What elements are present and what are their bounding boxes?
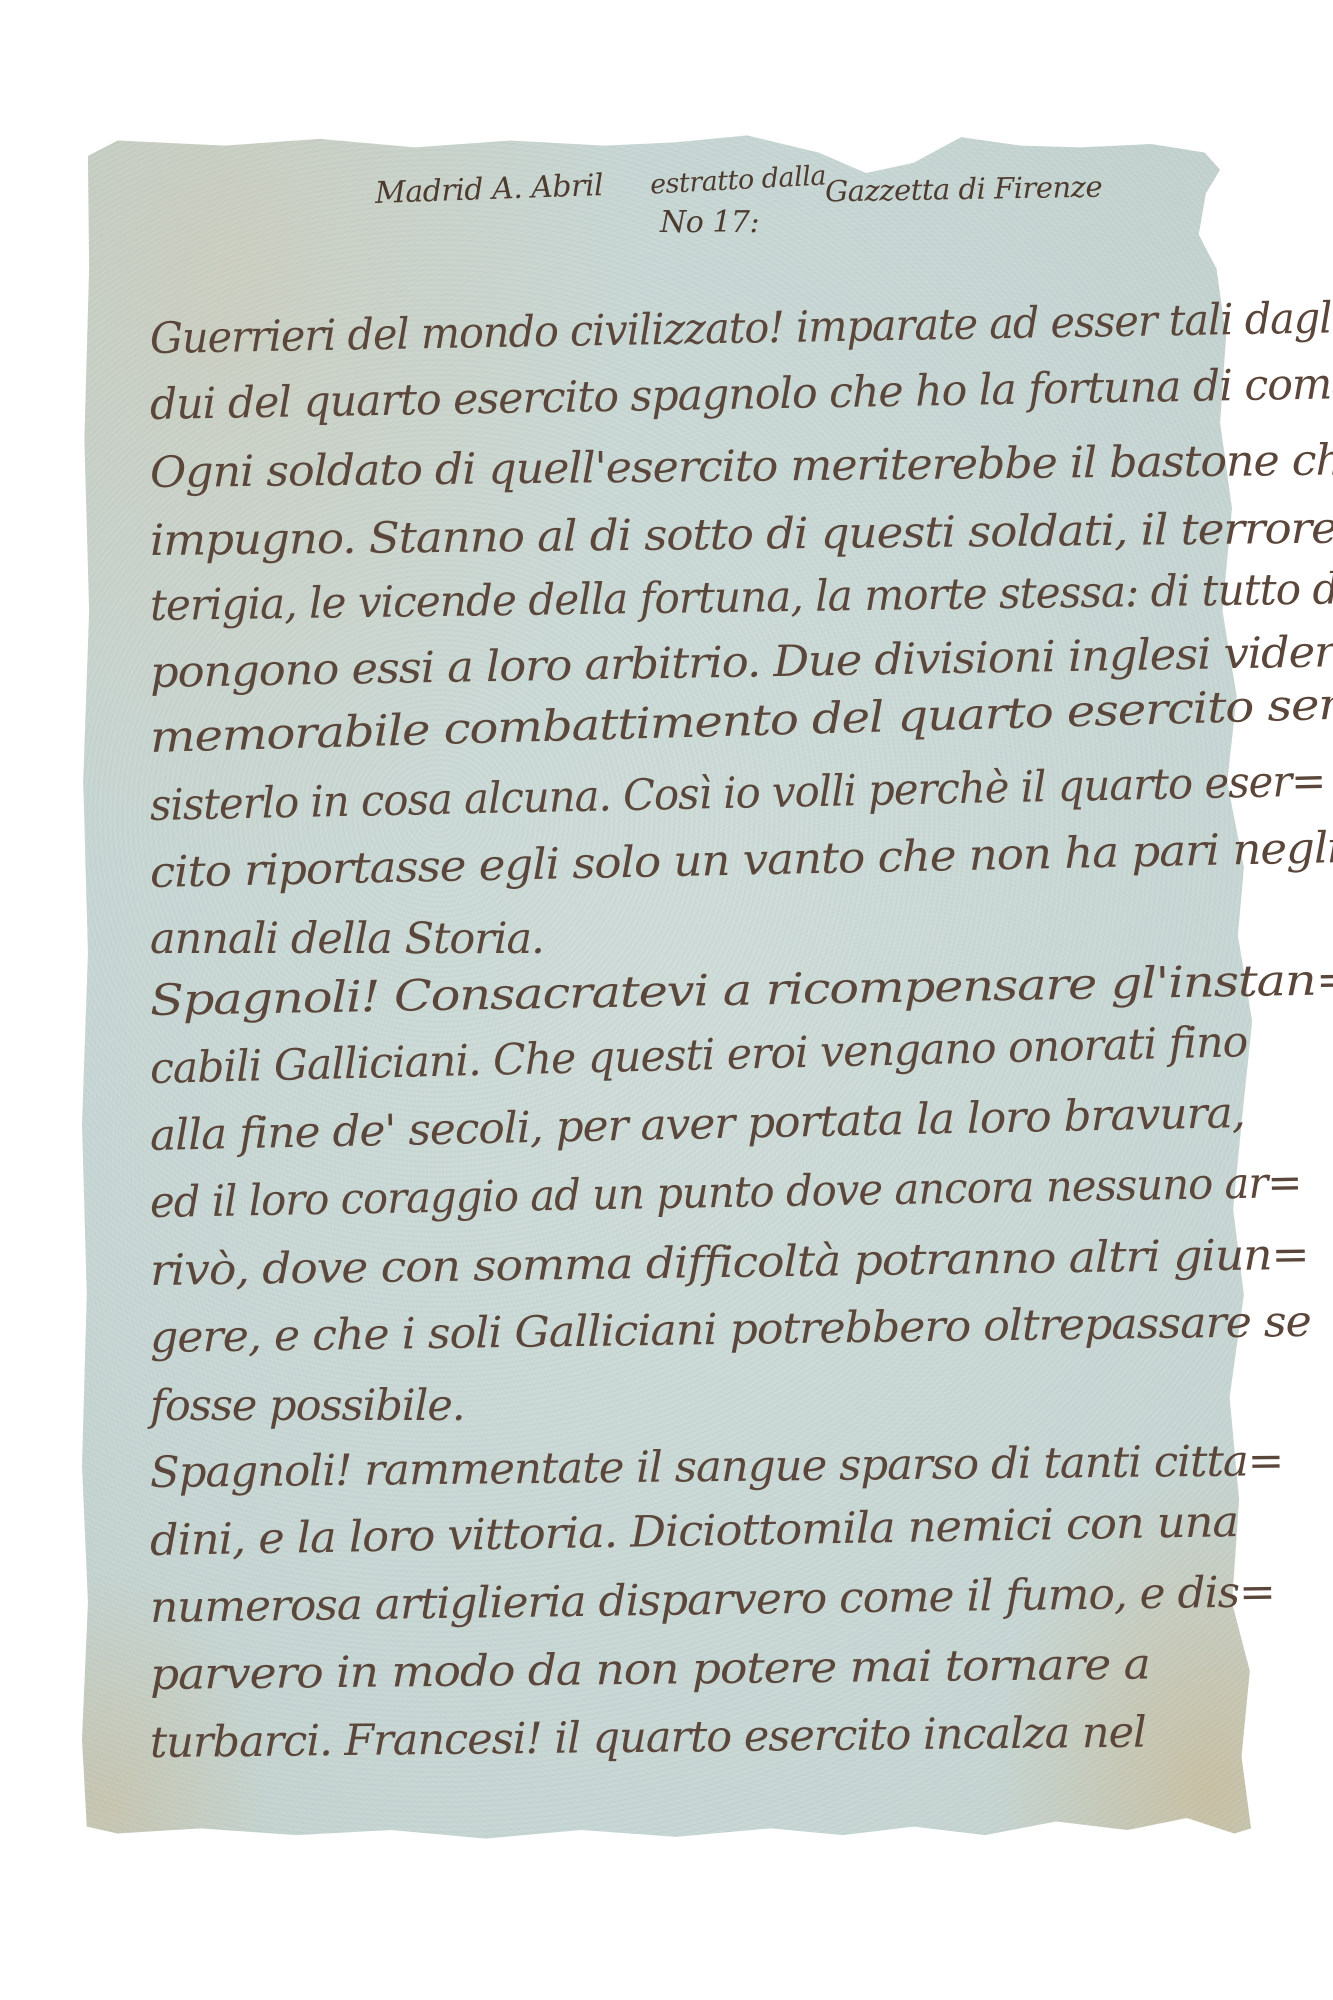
header-source-number: No 17: (660, 205, 759, 240)
text-line: turbarci. Francesi! il quarto esercito i… (150, 1712, 1146, 1765)
text-line: fosse possibile. (150, 1385, 465, 1428)
header-source-gazette: Gazzetta di Firenze (825, 170, 1103, 209)
text-line: parvero in modo da non potere mai tornar… (150, 1644, 1150, 1697)
text-line: impugno. Stanno al di sotto di questi so… (150, 506, 1333, 563)
text-line: annali della Storia. (150, 918, 544, 961)
text-line: Ogni soldato di quell'esercito meritereb… (150, 439, 1333, 495)
text-line: Spagnoli! rammentate il sangue sparso di… (150, 1440, 1284, 1495)
